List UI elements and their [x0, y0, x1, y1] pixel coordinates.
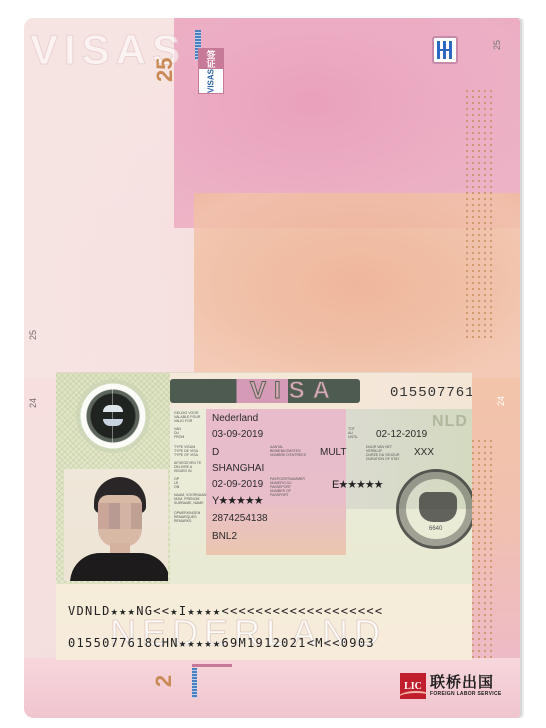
label-passport-no: PASPOORTNUMMERNUMERO DU PASSEPORTNUMBER …: [270, 477, 310, 497]
consulate-seal-stamp: 6640: [396, 469, 472, 549]
holder-photo: [64, 469, 168, 581]
visa-header: VISA 015507761: [170, 373, 472, 409]
lic-logo-icon: LIC: [400, 673, 426, 699]
label-type: TYPE VISUMTYPE DE VISATYPE OF VISA: [174, 445, 210, 457]
label-issued-in: AFGEGEVEN TEDELIVRE AISSUED IN: [174, 461, 210, 473]
visas-tag-en: VISAS: [199, 69, 223, 93]
label-from: VANDUFROM: [174, 427, 210, 439]
visa-sticker-number: 015507761: [390, 385, 472, 401]
mrz-line-1: VDNLD★★★NG<<★I★★★★<<<<<<<<<<<<<<<<<<<: [68, 604, 448, 618]
valid-for-value: Nederland: [212, 413, 258, 424]
page-number-top: 25: [152, 58, 178, 82]
visas-tag-cn: 签证: [199, 49, 223, 69]
bottom-page-number: 2: [151, 675, 177, 687]
duration-value: XXX: [414, 447, 434, 458]
emblem-icon: [432, 36, 458, 64]
visa-type-value: D: [212, 447, 219, 458]
visa-title: VISA: [250, 377, 338, 405]
remarks-line1: 2874254138: [212, 513, 268, 524]
coat-of-arms-icon: [419, 492, 457, 522]
issued-in-value: SHANGHAI: [212, 463, 264, 474]
stamp-code: 6640: [429, 526, 442, 532]
side-page-number-25: 25: [28, 330, 38, 340]
side-page-number-24: 24: [28, 398, 38, 408]
from-date-value: 03-09-2019: [212, 429, 263, 440]
until-date-value: 02-12-2019: [376, 429, 427, 440]
label-entries: AANTAL BINNENKOMSTENNOMBRE D'ENTREES: [270, 445, 310, 457]
lic-logo: LIC 联桥出国 FOREIGN LABOR SERVICE: [400, 672, 520, 700]
visas-tag: 签证 VISAS: [198, 48, 224, 94]
page-number-right-top: 25: [492, 40, 502, 50]
issue-date-value: 02-09-2019: [212, 479, 263, 490]
logo-chinese-name: 联桥出国: [430, 675, 502, 691]
microprint-strip-bottom: [192, 668, 197, 698]
country-code-watermark: NLD: [432, 413, 468, 431]
label-duration: DUUR VAN HET VERBLIJFDUREE DU SEJOURDURA…: [366, 445, 406, 461]
right-page-number-24: 24: [496, 396, 506, 406]
label-on: OPLEON: [174, 477, 210, 489]
security-rosette: [76, 379, 150, 453]
label-remarks: OPMERKINGENREMARQUESREMARKS: [174, 511, 210, 523]
label-name: NAAM, VOORNAAMNOM, PRENOMSURNAME, NAME: [174, 493, 210, 505]
mrz-line-2: 0155077618CHN★★★★★69M1912021<M<<0903: [68, 636, 448, 650]
visa-sticker: VISA 015507761 NLD GELDIG VOORVALABLE PO…: [56, 372, 472, 584]
logo-english-name: FOREIGN LABOR SERVICE: [430, 691, 502, 697]
passport-number-value: E★★★★★: [332, 478, 383, 491]
perforation-top: [464, 88, 494, 338]
holder-name-value: Y★★★★★: [212, 494, 263, 507]
entries-value: MULT: [320, 447, 346, 458]
remarks-line2: BNL2: [212, 531, 237, 542]
pixelated-face: [98, 503, 142, 529]
label-valid-for: GELDIG VOORVALABLE POURVALID FOR: [174, 411, 210, 423]
